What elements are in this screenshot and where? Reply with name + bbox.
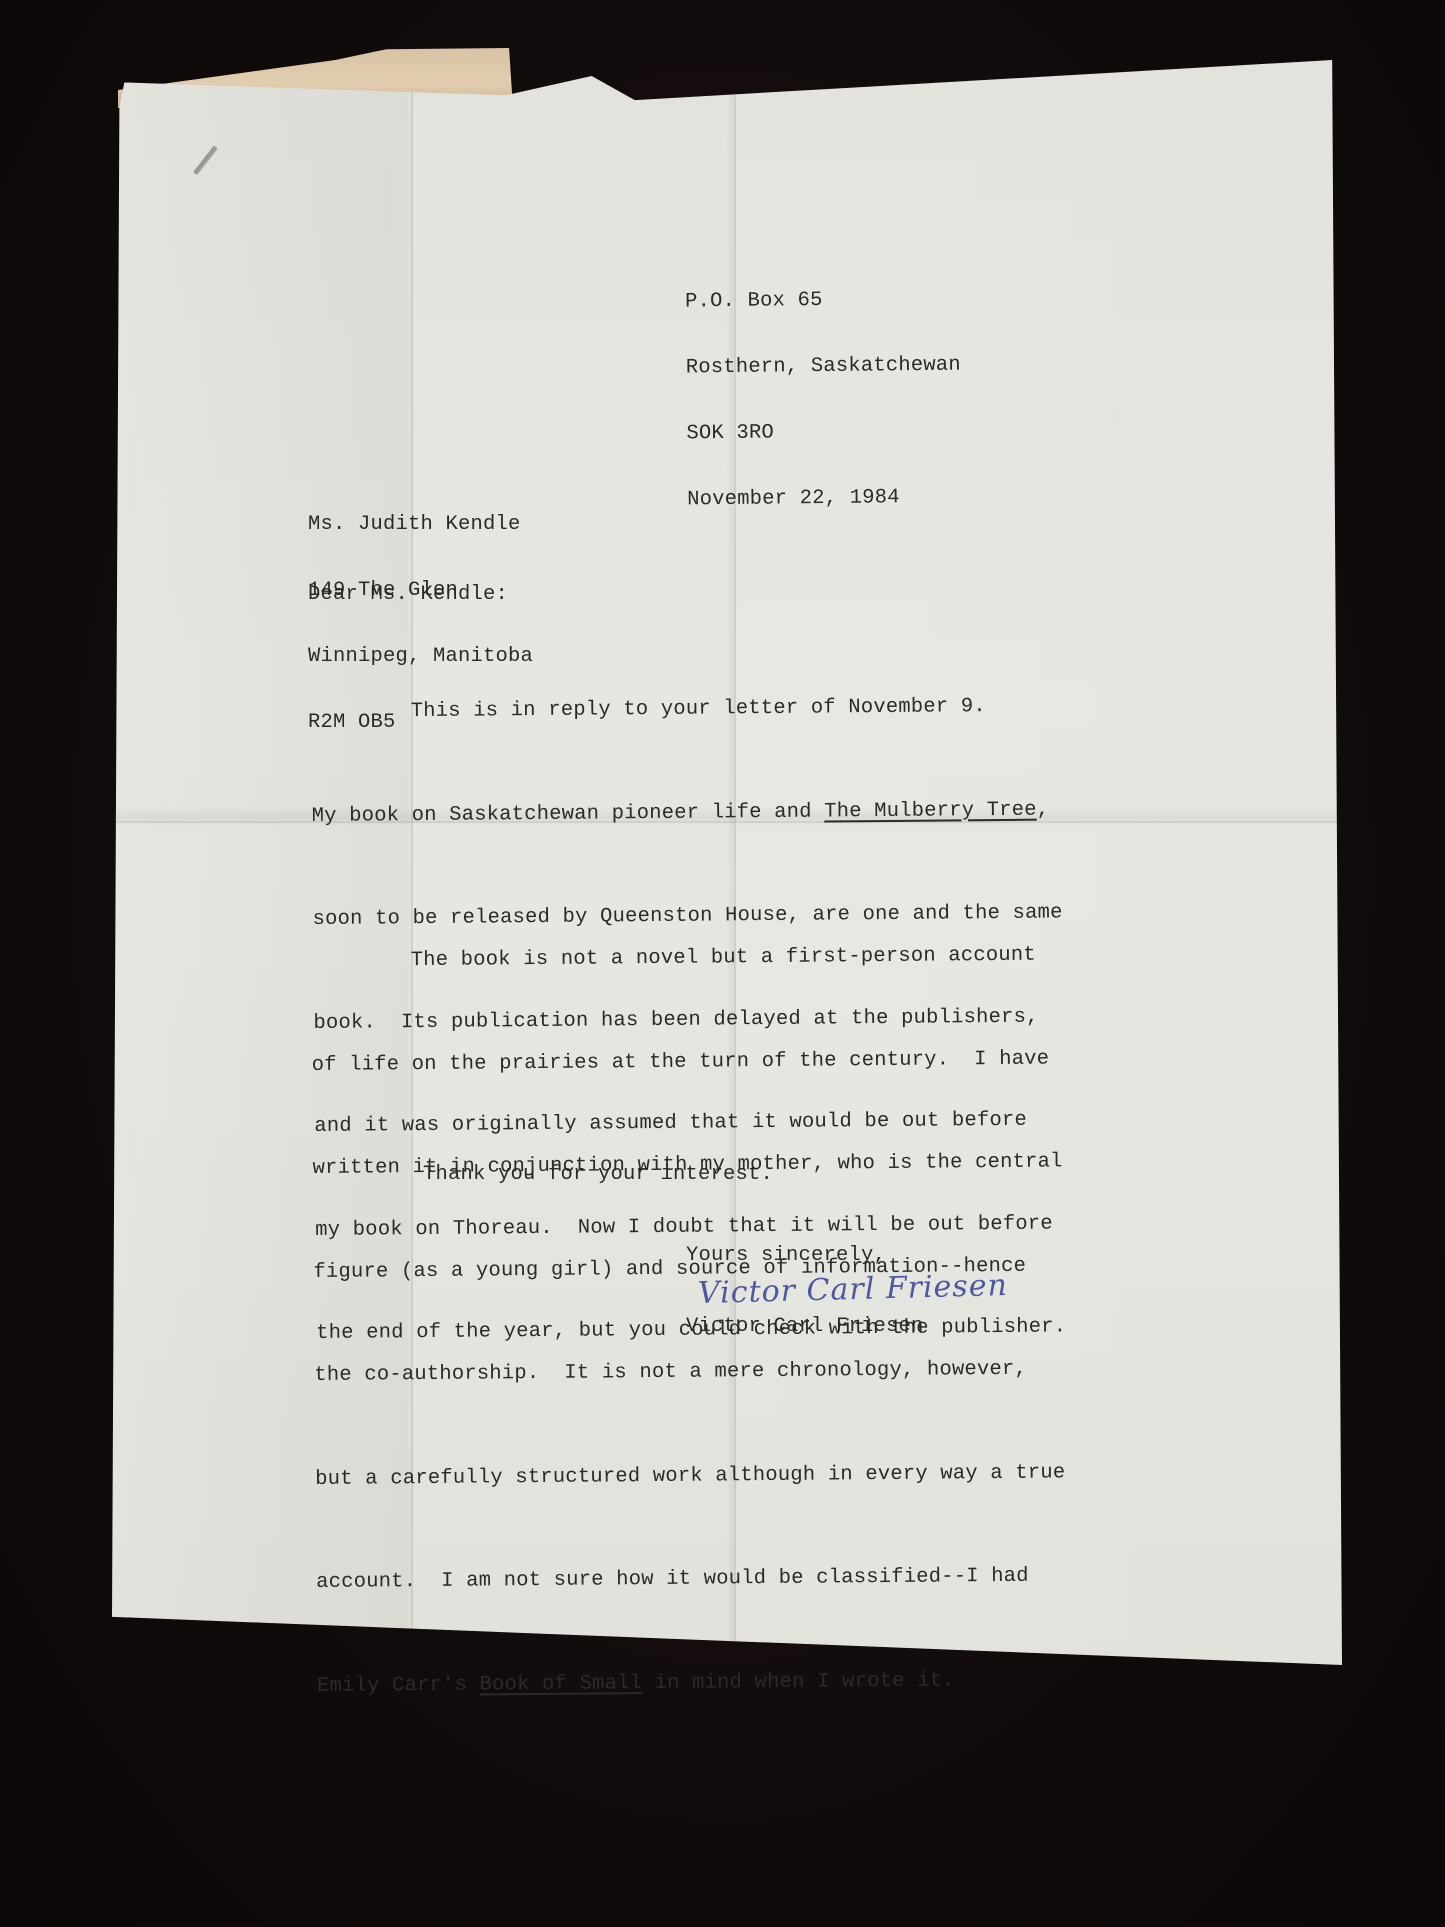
recipient-name: Ms. Judith Kendle — [308, 514, 533, 536]
punctuation: , — [1037, 798, 1050, 821]
body-line: account. I am not sure how it would be c… — [316, 1559, 1066, 1600]
sender-line: Rosthern, Saskatchewan — [686, 355, 961, 380]
body-line-text: My book on Saskatchewan pioneer life and — [312, 800, 825, 827]
sender-address: P.O. Box 65 Rosthern, Saskatchewan SOK 3… — [685, 245, 963, 534]
typed-signature-name: Victor Carl Friesen — [686, 1316, 924, 1338]
sender-line: SOK 3RO — [686, 421, 961, 446]
book-title-underlined: The Mulberry Tree — [824, 798, 1037, 823]
sender-line: P.O. Box 65 — [685, 289, 960, 314]
body-line: but a carefully structured work although… — [315, 1456, 1065, 1497]
thanks-line: Thank you for your interest. — [423, 1164, 773, 1186]
body-line: Emily Carr's Book of Small in mind when … — [317, 1663, 1067, 1704]
body-line: This is in reply to your letter of Novem… — [311, 689, 1061, 730]
book-title-underlined: Book of Small — [479, 1672, 642, 1696]
closing: Yours sincerely, — [686, 1245, 886, 1267]
letter-date: November 22, 1984 — [687, 487, 962, 512]
body-line: of life on the prairies at the turn of t… — [312, 1042, 1062, 1083]
body-line: the co-authorship. It is not a mere chro… — [314, 1352, 1064, 1393]
body-line: My book on Saskatchewan pioneer life and… — [312, 793, 1062, 834]
body-line-text: in mind when I wrote it. — [642, 1669, 955, 1695]
body-line-text: Emily Carr's — [317, 1673, 480, 1697]
salutation: Dear Ms. Kendle: — [308, 584, 508, 606]
body-line: The book is not a novel but a first-pers… — [311, 938, 1061, 979]
